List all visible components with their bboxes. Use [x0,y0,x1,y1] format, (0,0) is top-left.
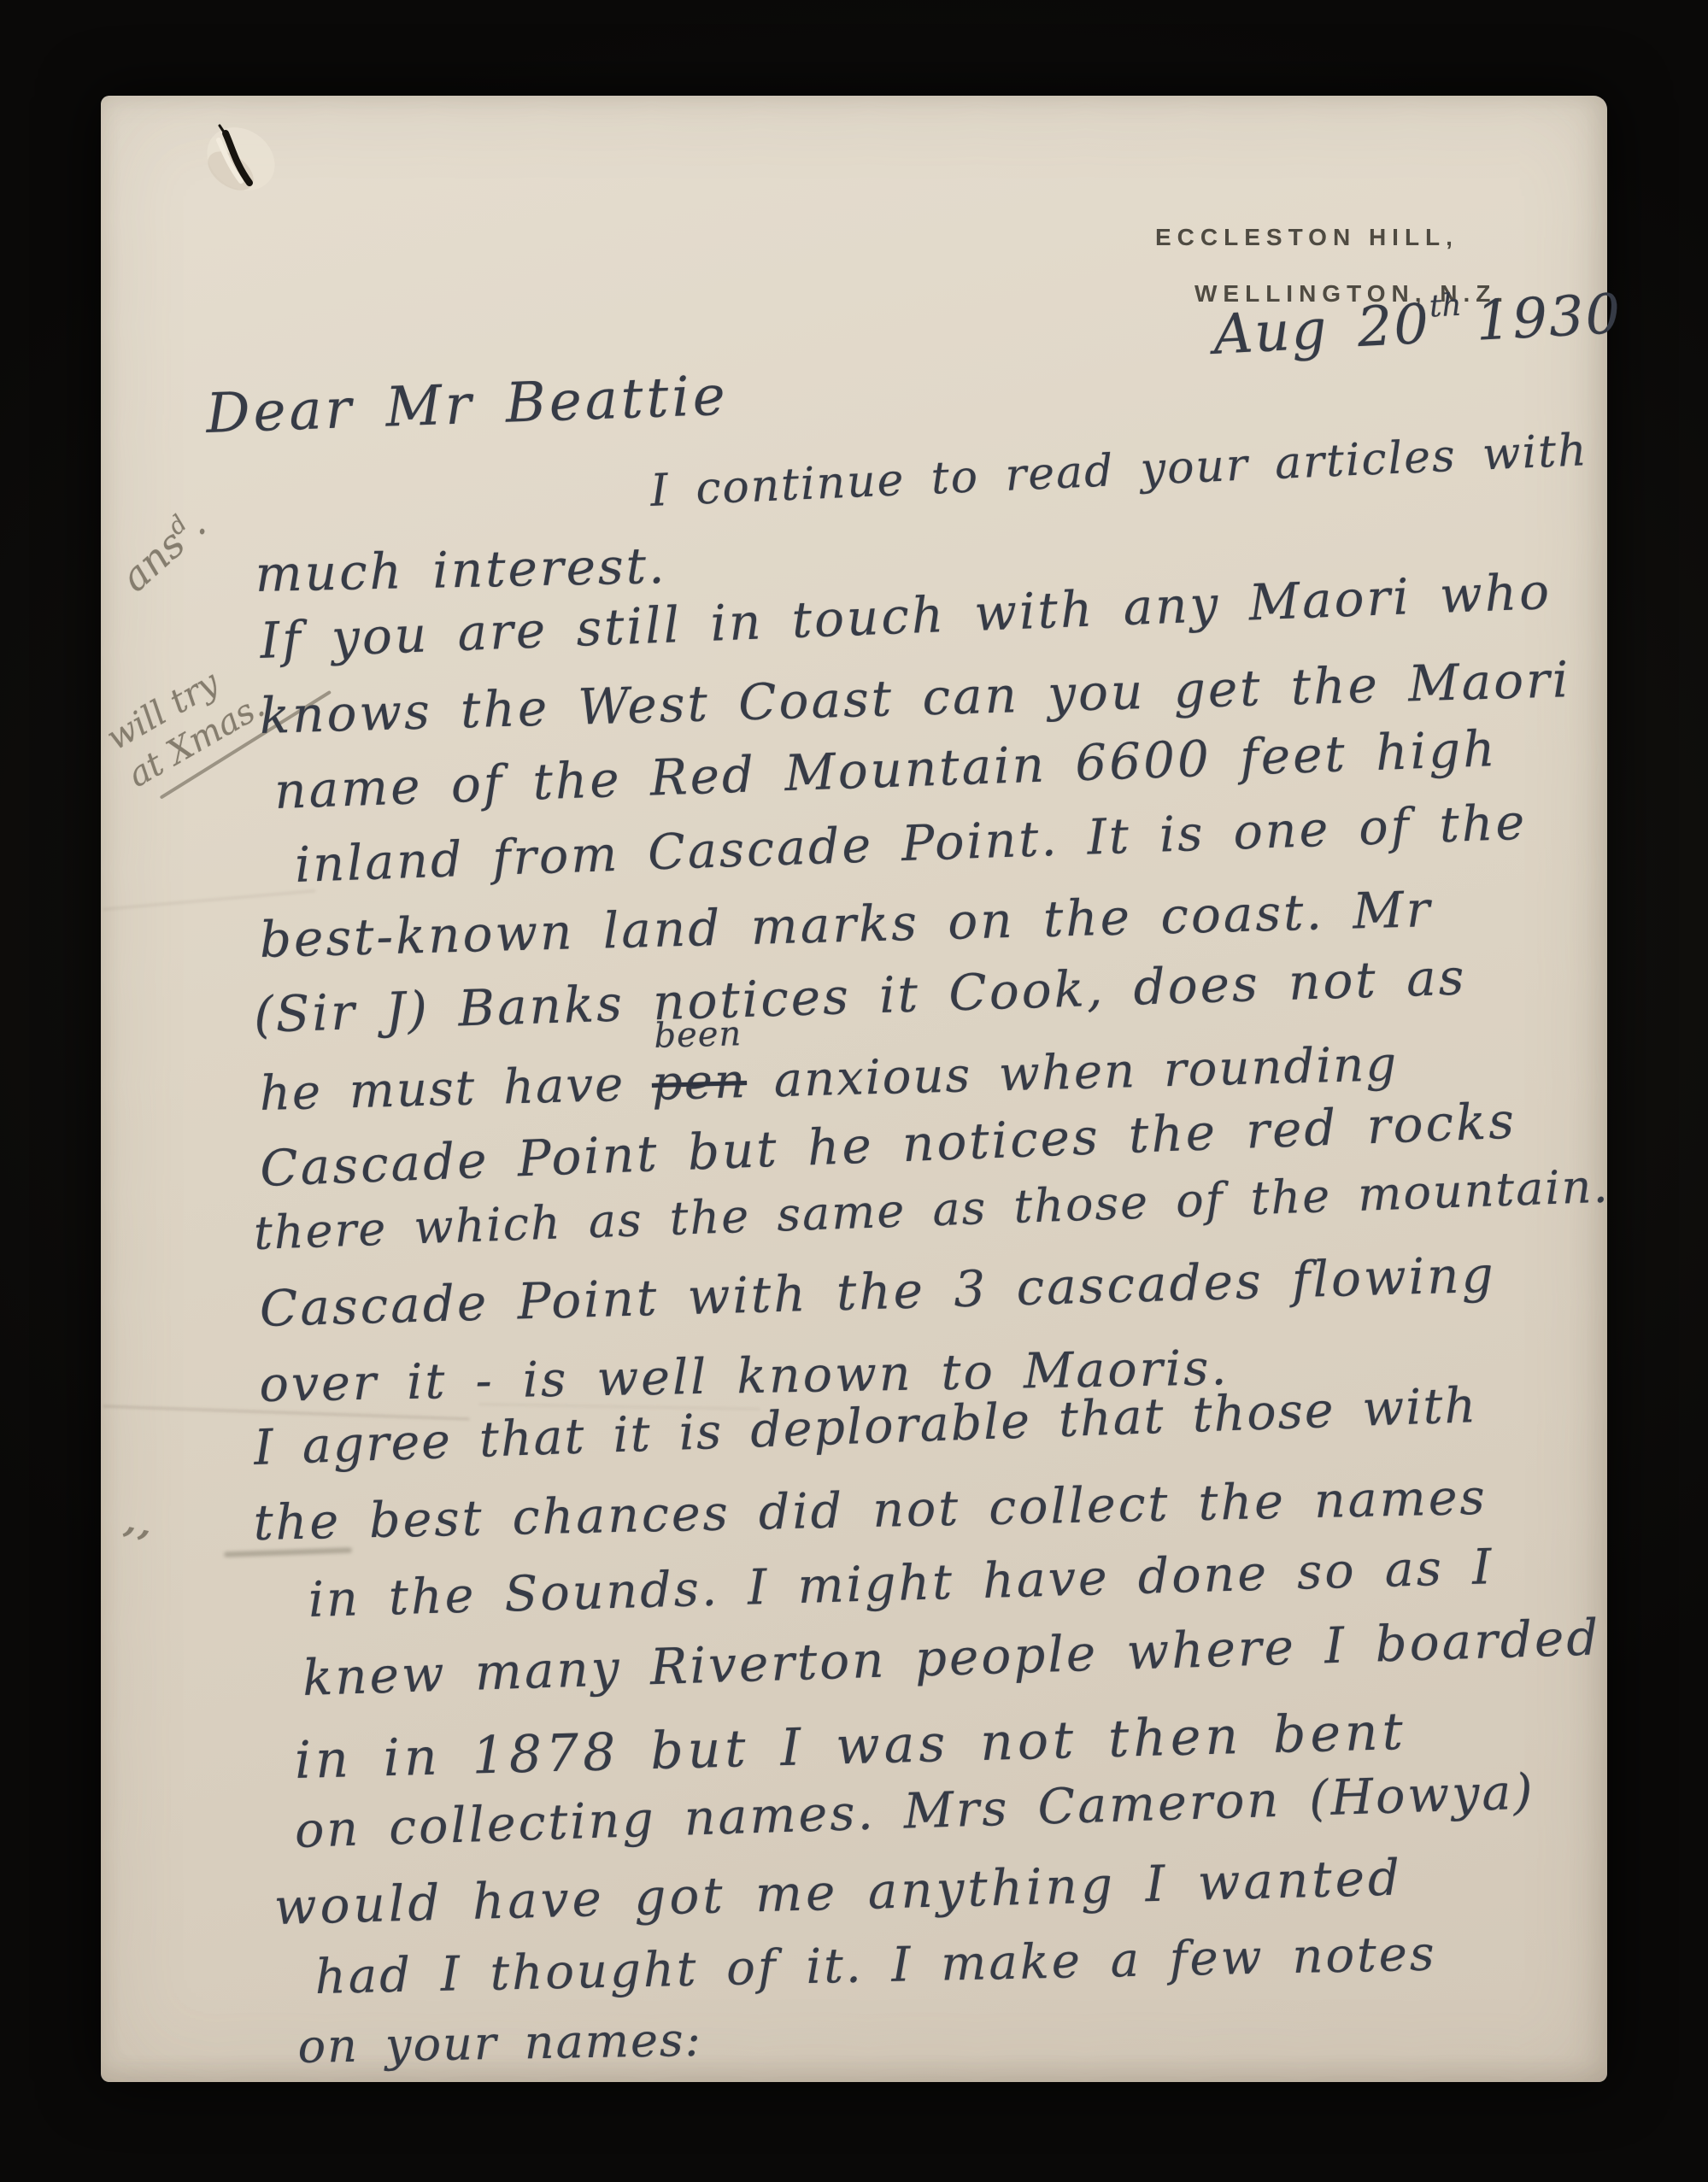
letterhead-line1: ECCLESTON HILL, [1155,224,1459,251]
paper-tear [193,114,296,208]
inserted-word: been [654,1014,742,1056]
date-year: 1930 [1475,283,1624,354]
date-day: Aug 20 [1212,293,1432,367]
correction-prefix: he must have [259,1056,653,1122]
struck-word-text: pen [651,1053,748,1112]
handwritten-line: much interest. [255,537,667,603]
scan-background: ECCLESTON HILL, WELLINGTON, N.Z. Aug 20t… [0,0,1708,2182]
struck-word: penbeen [651,1053,748,1112]
date-ordinal: th [1429,288,1463,325]
handwritten-line: on your names: [297,2013,702,2073]
